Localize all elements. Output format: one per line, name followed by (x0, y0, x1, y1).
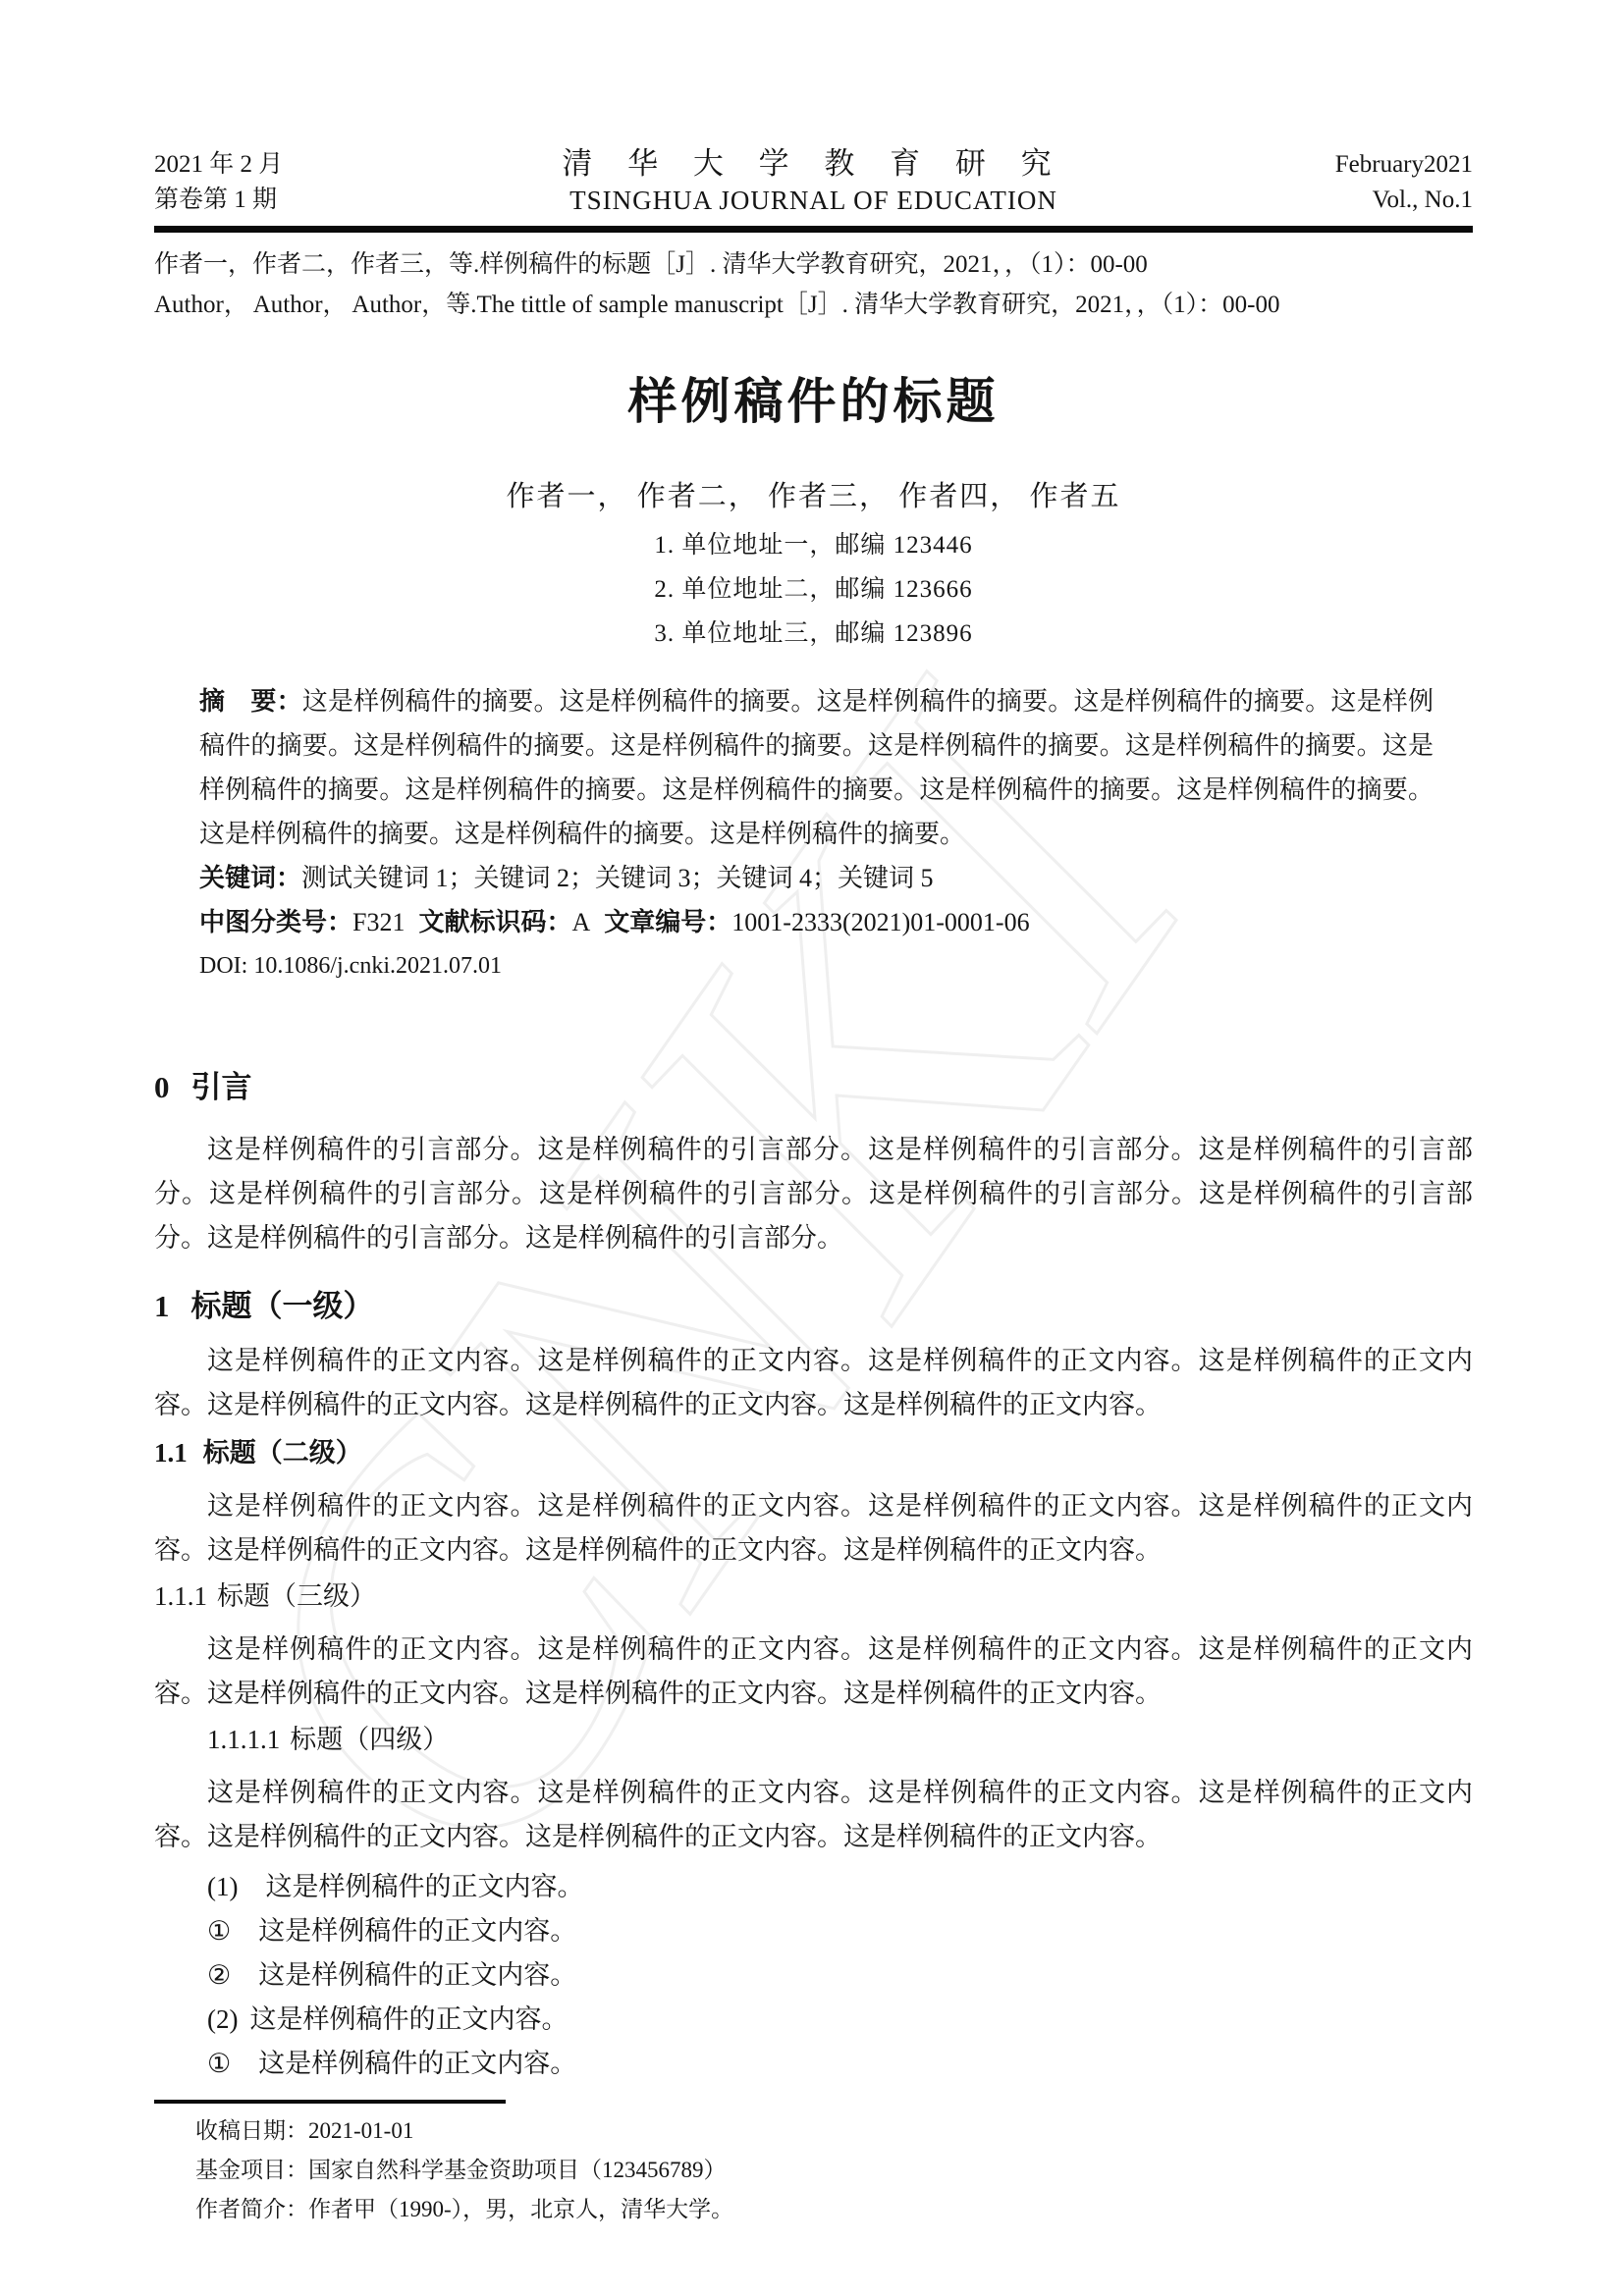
list-text: 这是样例稿件的正文内容。 (265, 1872, 583, 1901)
clc-label: 中图分类号： (199, 907, 352, 936)
list-item: (1)这是样例稿件的正文内容。 (154, 1865, 1473, 1909)
article-title: 样例稿件的标题 (154, 372, 1473, 431)
list-marker: (1) (207, 1872, 238, 1901)
affiliation-line: 2. 单位地址二，邮编 123666 (154, 567, 1473, 612)
section-number: 0 (154, 1070, 170, 1104)
running-head: 2021 年 2 月 第卷第 1 期 清 华 大 学 教 育 研 究 TSING… (154, 145, 1473, 218)
section-title: 标题（一级） (191, 1289, 374, 1323)
journal-page: CNKI 2021 年 2 月 第卷第 1 期 清 华 大 学 教 育 研 究 … (0, 0, 1624, 2296)
affiliations: 1. 单位地址一，邮编 123446 2. 单位地址二，邮编 123666 3.… (154, 523, 1473, 656)
section-number: 1.1.1.1 (207, 1725, 280, 1754)
footnote-author-bio: 作者简介：作者甲（1990-），男，北京人，清华大学。 (195, 2190, 1473, 2229)
section-heading-0: 0引言 (154, 1065, 1473, 1110)
list-text: 这是样例稿件的正文内容。 (258, 1960, 576, 1990)
section-title: 标题（三级） (217, 1581, 376, 1611)
body-paragraph: 这是样例稿件的正文内容。这是样例稿件的正文内容。这是样例稿件的正文内容。这是样例… (154, 1484, 1473, 1573)
article-id-value: 1001-2333(2021)01-0001-06 (731, 908, 1029, 936)
body-paragraph: 这是样例稿件的正文内容。这是样例稿件的正文内容。这是样例稿件的正文内容。这是样例… (154, 1771, 1473, 1859)
head-volume-info: February2021 Vol., No.1 (1247, 147, 1473, 218)
page-content: 2021 年 2 月 第卷第 1 期 清 华 大 学 教 育 研 究 TSING… (0, 0, 1624, 2229)
doc-code-value: A (572, 908, 591, 936)
section-heading-1: 1标题（一级） (154, 1284, 1473, 1329)
section-number: 1 (154, 1289, 170, 1323)
citation-en: Author， Author， Author，等.The tittle of s… (154, 285, 1473, 325)
list-marker: ② (207, 1960, 231, 1990)
list-item: ②这是样例稿件的正文内容。 (154, 1953, 1473, 1998)
abstract-text: 这是样例稿件的摘要。这是样例稿件的摘要。这是样例稿件的摘要。这是样例稿件的摘要。… (199, 687, 1434, 848)
head-volume-en: Vol., No.1 (1247, 183, 1473, 218)
section-title: 标题（二级） (203, 1438, 362, 1468)
section-heading-1-1: 1.1标题（二级） (154, 1431, 1473, 1474)
clc-value: F321 (352, 908, 405, 936)
section-number: 1.1 (154, 1438, 188, 1468)
list-marker: ① (207, 1916, 231, 1946)
footnote-block: 收稿日期：2021-01-01 基金项目：国家自然科学基金资助项目（123456… (154, 2100, 1473, 2229)
authors-line: 作者一， 作者二， 作者三， 作者四， 作者五 (154, 478, 1473, 515)
section-number: 1.1.1 (154, 1581, 207, 1611)
section-title: 标题（四级） (290, 1725, 449, 1754)
numbered-list: (1)这是样例稿件的正文内容。 ①这是样例稿件的正文内容。 ②这是样例稿件的正文… (154, 1865, 1473, 2086)
list-item: (2)这是样例稿件的正文内容。 (154, 1998, 1473, 2042)
abstract-paragraph: 摘 要：这是样例稿件的摘要。这是样例稿件的摘要。这是样例稿件的摘要。这是样例稿件… (199, 679, 1434, 856)
list-marker: (2) (207, 2004, 238, 2034)
journal-name-en: TSINGHUA JOURNAL OF EDUCATION (380, 183, 1247, 218)
affiliation-line: 1. 单位地址一，邮编 123446 (154, 523, 1473, 567)
intro-paragraph: 这是样例稿件的引言部分。这是样例稿件的引言部分。这是样例稿件的引言部分。这是样例… (154, 1128, 1473, 1260)
keywords-label: 关键词： (199, 863, 301, 892)
head-journal-name: 清 华 大 学 教 育 研 究 TSINGHUA JOURNAL OF EDUC… (380, 145, 1247, 218)
section-heading-1-1-1-1: 1.1.1.1标题（四级） (154, 1718, 1473, 1761)
list-item: ①这是样例稿件的正文内容。 (154, 1909, 1473, 1953)
footnote-lines: 收稿日期：2021-01-01 基金项目：国家自然科学基金资助项目（123456… (154, 2111, 1473, 2229)
head-date-cn: 2021 年 2 月 (154, 147, 380, 183)
body-paragraph: 这是样例稿件的正文内容。这是样例稿件的正文内容。这是样例稿件的正文内容。这是样例… (154, 1628, 1473, 1716)
classification-line: 中图分类号：F321文献标识码：A文章编号：1001-2333(2021)01-… (199, 900, 1434, 944)
list-item: ①这是样例稿件的正文内容。 (154, 2042, 1473, 2086)
article-id-label: 文章编号： (604, 907, 731, 936)
list-marker: ① (207, 2049, 231, 2078)
doi-line: DOI: 10.1086/j.cnki.2021.07.01 (199, 944, 1434, 988)
footnote-divider (154, 2100, 506, 2104)
footnote-received-date: 收稿日期：2021-01-01 (195, 2111, 1473, 2151)
doc-code-label: 文献标识码： (418, 907, 571, 936)
head-date-en: February2021 (1247, 147, 1473, 183)
head-issue-cn: 第卷第 1 期 (154, 183, 380, 218)
list-text: 这是样例稿件的正文内容。 (258, 1916, 576, 1946)
header-divider (154, 226, 1473, 233)
keywords-line: 关键词：测试关键词 1；关键词 2；关键词 3；关键词 4；关键词 5 (199, 856, 1434, 900)
footnote-funding: 基金项目：国家自然科学基金资助项目（123456789） (195, 2151, 1473, 2190)
affiliation-line: 3. 单位地址三，邮编 123896 (154, 612, 1473, 656)
abstract-label: 摘 要： (199, 686, 302, 716)
citation-cn: 作者一，作者二，作者三，等.样例稿件的标题［J］. 清华大学教育研究，2021，… (154, 244, 1473, 285)
body-paragraph: 这是样例稿件的正文内容。这是样例稿件的正文内容。这是样例稿件的正文内容。这是样例… (154, 1339, 1473, 1427)
keywords-text: 测试关键词 1；关键词 2；关键词 3；关键词 4；关键词 5 (301, 864, 934, 892)
section-title: 引言 (191, 1070, 252, 1104)
head-issue-info: 2021 年 2 月 第卷第 1 期 (154, 147, 380, 218)
citation-block: 作者一，作者二，作者三，等.样例稿件的标题［J］. 清华大学教育研究，2021，… (154, 244, 1473, 325)
list-text: 这是样例稿件的正文内容。 (258, 2049, 576, 2078)
meta-block: 摘 要：这是样例稿件的摘要。这是样例稿件的摘要。这是样例稿件的摘要。这是样例稿件… (199, 679, 1434, 988)
list-text: 这是样例稿件的正文内容。 (249, 2004, 568, 2034)
section-heading-1-1-1: 1.1.1标题（三级） (154, 1575, 1473, 1618)
journal-name-cn: 清 华 大 学 教 育 研 究 (380, 145, 1247, 183)
